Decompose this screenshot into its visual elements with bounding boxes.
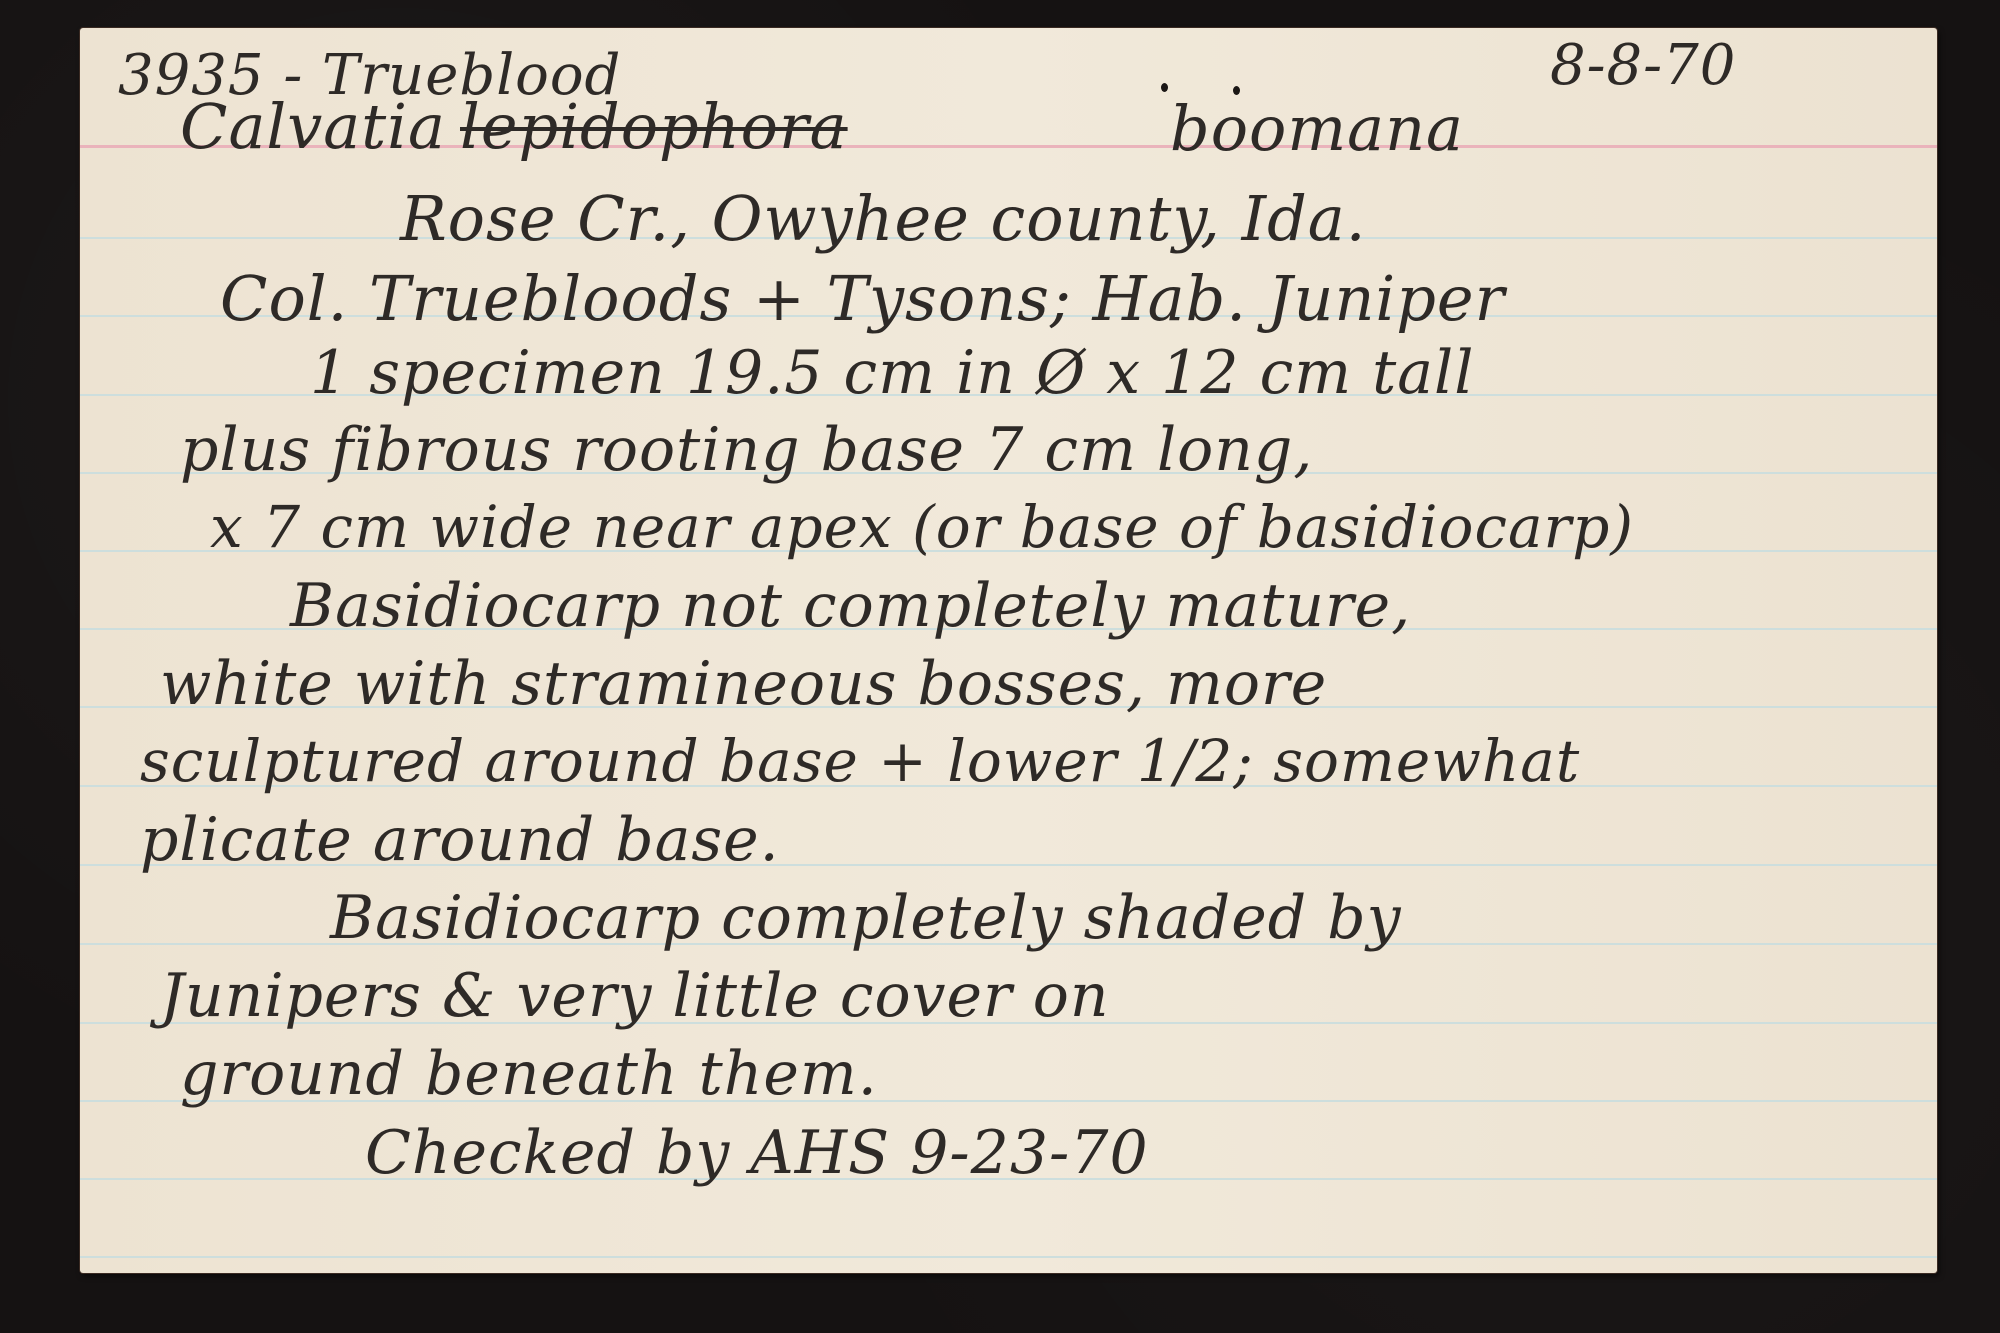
- junipers-line: Junipers & very little cover on: [160, 966, 1110, 1026]
- punch-hole: [1161, 83, 1168, 92]
- locality-line: Rose Cr., Owyhee county, Ida.: [400, 188, 1366, 250]
- ground-line: ground beneath them.: [180, 1044, 878, 1104]
- struck-epithet: lepidophora: [460, 96, 848, 158]
- sculpture-line: sculptured around base + lower 1/2; some…: [140, 732, 1580, 790]
- genus: Calvatia: [180, 96, 446, 158]
- base-line: plus fibrous rooting base 7 cm long,: [180, 420, 1313, 480]
- specimen-card: 3935 - Trueblood 8-8-70 Calvatia lepidop…: [80, 28, 1937, 1273]
- color-line: white with stramineous bosses, more: [160, 654, 1327, 714]
- checked-line: Checked by AHS 9-23-70: [365, 1123, 1149, 1183]
- shade-line: Basidiocarp completely shaded by: [330, 888, 1402, 948]
- plicate-line: plicate around base.: [140, 810, 780, 870]
- maturity-line: Basidiocarp not completely mature,: [290, 576, 1411, 636]
- base-width-line: x 7 cm wide near apex (or base of basidi…: [210, 498, 1634, 556]
- collector-line: Col. Truebloods + Tysons; Hab. Juniper: [220, 268, 1505, 330]
- blue-rule: [80, 1256, 1937, 1258]
- epithet: boomana: [1170, 98, 1464, 160]
- card-date: 8-8-70: [1550, 38, 1736, 94]
- specimen-line: 1 specimen 19.5 cm in Ø x 12 cm tall: [310, 343, 1474, 403]
